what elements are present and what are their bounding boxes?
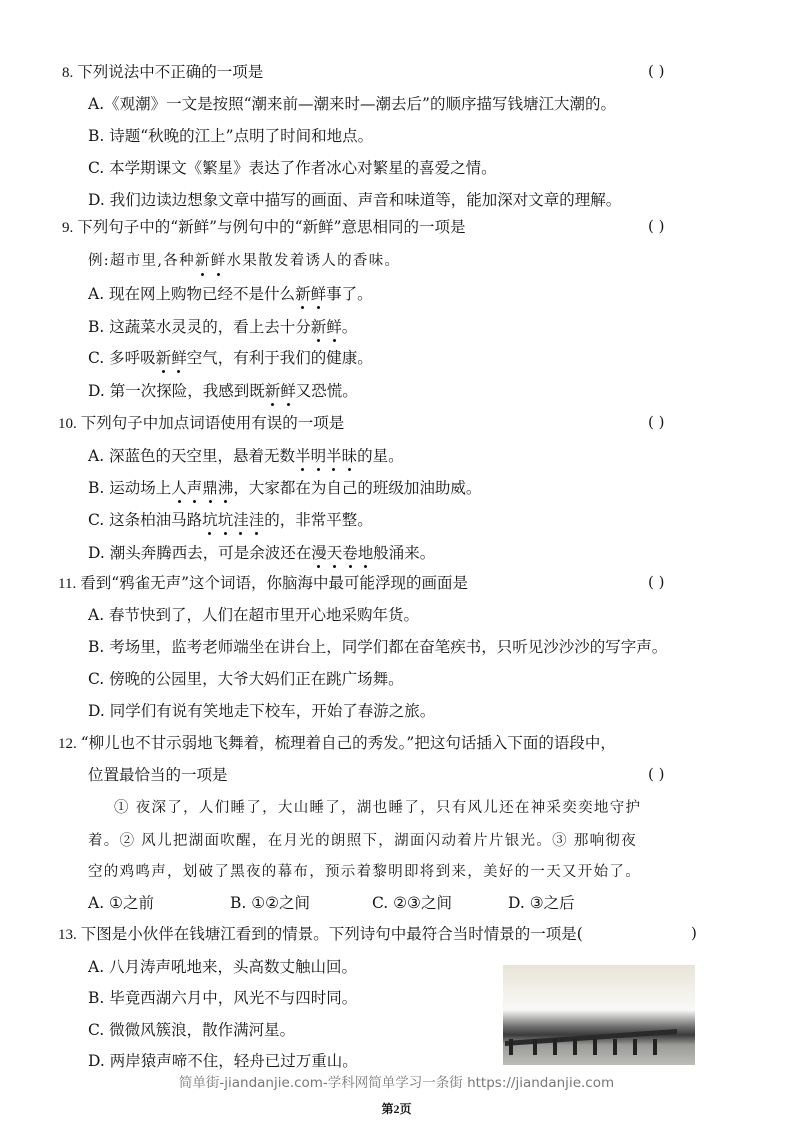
dotted-word: 新鲜 — [311, 318, 342, 336]
question-10-option-a: A. 深蓝色的天空里，悬着无数半明半昧的星。 — [88, 446, 404, 466]
question-8-stem: 8.下列说法中不正确的一项是 — [62, 62, 263, 83]
qiantang-tide-photo — [503, 965, 695, 1065]
passage-line-2: 着。② 风儿把湖面吹醒，在月光的朗照下，湖面闪动着片片银光。③ 那响彻夜 — [88, 831, 637, 851]
dotted-word: 人声鼎沸 — [171, 479, 233, 497]
question-13-option-a: A. 八月涛声吼地来，头高数丈触山回。 — [88, 957, 357, 977]
dotted-word: 新鲜 — [156, 349, 187, 367]
question-10-stem: 10.下列句子中加点词语使用有误的一项是 — [58, 413, 344, 434]
watermark: 简单街-jiandanjie.com-学科网简单学习一条街 https://ji… — [0, 1071, 793, 1091]
question-9-option-b: B. 这蔬菜水灵灵的，看上去十分新鲜。 — [88, 317, 357, 337]
bridge-pillar — [593, 1039, 597, 1055]
question-9-stem: 9.下列句子中的“新鲜”与例句中的“新鲜”意思相同的一项是 — [62, 217, 465, 238]
question-11-option-a: A. 春节快到了，人们在超市里开心地采购年货。 — [88, 605, 419, 625]
question-13-option-b: B. 毕竟西湖六月中，风光不与四时同。 — [88, 988, 357, 1008]
question-9-option-d: D. 第一次探险，我感到既新鲜又恐慌。 — [88, 381, 358, 401]
question-8-option-c: C. 本学期课文《繁星》表达了作者冰心对繁星的喜爱之情。 — [88, 158, 497, 178]
answer-bracket-8[interactable]: ( ) — [648, 62, 664, 80]
question-11-option-c: C. 傍晚的公园里，大爷大妈们正在跳广场舞。 — [88, 669, 404, 689]
bridge-pillar — [573, 1039, 577, 1055]
question-13-stem: 13.下图是小伙伴在钱塘江看到的情景。下列诗句中最符合当时情景的一项是( — [58, 924, 583, 945]
question-8-option-d: D. 我们边读边想象文章中描写的画面、声音和味道等，能加深对文章的理解。 — [88, 190, 621, 210]
question-9-example: 例:超市里,各种新鲜水果散发着诱人的香味。 — [88, 251, 400, 271]
question-13-option-c: C. 微微风簇浪，散作满河星。 — [88, 1020, 295, 1040]
question-10-option-b: B. 运动场上人声鼎沸，大家都在为自己的班级加油助威。 — [88, 478, 481, 498]
passage-line-1: ① 夜深了，人们睡了，大山睡了，湖也睡了，只有风儿还在神采奕奕地守护 — [114, 798, 641, 818]
question-12-option-d: D. ③之后 — [508, 893, 575, 913]
dotted-word: 新鲜 — [295, 285, 326, 303]
dotted-word: 坑坑洼洼 — [202, 511, 264, 529]
question-9-option-c: C. 多呼吸新鲜空气，有利于我们的健康。 — [88, 348, 373, 368]
passage-line-3: 空的鸡鸣声，划破了黑夜的幕布，预示着黎明即将到来，美好的一天又开始了。 — [88, 862, 641, 882]
answer-bracket-9[interactable]: ( ) — [648, 217, 664, 235]
dotted-word: 半明半昧 — [295, 447, 357, 465]
question-8-option-b: B. 诗题“秋晚的江上”点明了时间和地点。 — [88, 126, 373, 146]
bridge-pillar — [509, 1039, 513, 1055]
bridge-pillar — [653, 1039, 657, 1055]
question-12-stem: 12.“柳儿也不甘示弱地飞舞着，梳理着自己的秀发。”把这句话插入下面的语段中， — [58, 733, 616, 754]
question-12-option-b: B. ①②之间 — [230, 893, 310, 913]
question-9-option-a: A. 现在网上购物已经不是什么新鲜事了。 — [88, 284, 373, 304]
bridge-pillar — [633, 1039, 637, 1055]
answer-bracket-10[interactable]: ( ) — [648, 413, 664, 431]
answer-bracket-13[interactable]: ) — [691, 924, 697, 942]
question-12-option-a: A. ①之前 — [88, 893, 154, 913]
question-12-option-c: C. ②③之间 — [372, 893, 452, 913]
question-11-option-d: D. 同学们有说有笑地走下校车，开始了春游之旅。 — [88, 701, 435, 721]
bridge-pillar — [533, 1039, 537, 1055]
answer-bracket-11[interactable]: ( ) — [648, 573, 664, 591]
question-11-option-b: B. 考场里，监考老师端坐在讲台上，同学们都在奋笔疾书，只听见沙沙沙的写字声。 — [88, 637, 667, 657]
bridge-pillar — [553, 1039, 557, 1055]
question-10-option-d: D. 潮头奔腾西去，可是余波还在漫天卷地般涌来。 — [88, 543, 435, 563]
dotted-word: 新鲜 — [195, 253, 227, 269]
dotted-word: 新鲜 — [265, 382, 296, 400]
question-8-option-a: A.《观潮》一文是按照“潮来前—潮来时—潮去后”的顺序描写钱塘江大潮的。 — [88, 94, 616, 114]
question-11-stem: 11.看到“鸦雀无声”这个词语，你脑海中最可能浮现的画面是 — [58, 573, 468, 594]
bridge-shape — [505, 1029, 677, 1046]
question-12-stem-line2: 位置最恰当的一项是 — [88, 765, 228, 785]
question-13-option-d: D. 两岸猿声啼不住，轻舟已过万重山。 — [88, 1051, 358, 1071]
page-number: 第2页 — [0, 1100, 793, 1117]
dotted-word: 漫天卷地 — [311, 544, 373, 562]
answer-bracket-12[interactable]: ( ) — [648, 765, 664, 783]
bridge-pillar — [613, 1039, 617, 1055]
question-10-option-c: C. 这条柏油马路坑坑洼洼的，非常平整。 — [88, 510, 373, 530]
